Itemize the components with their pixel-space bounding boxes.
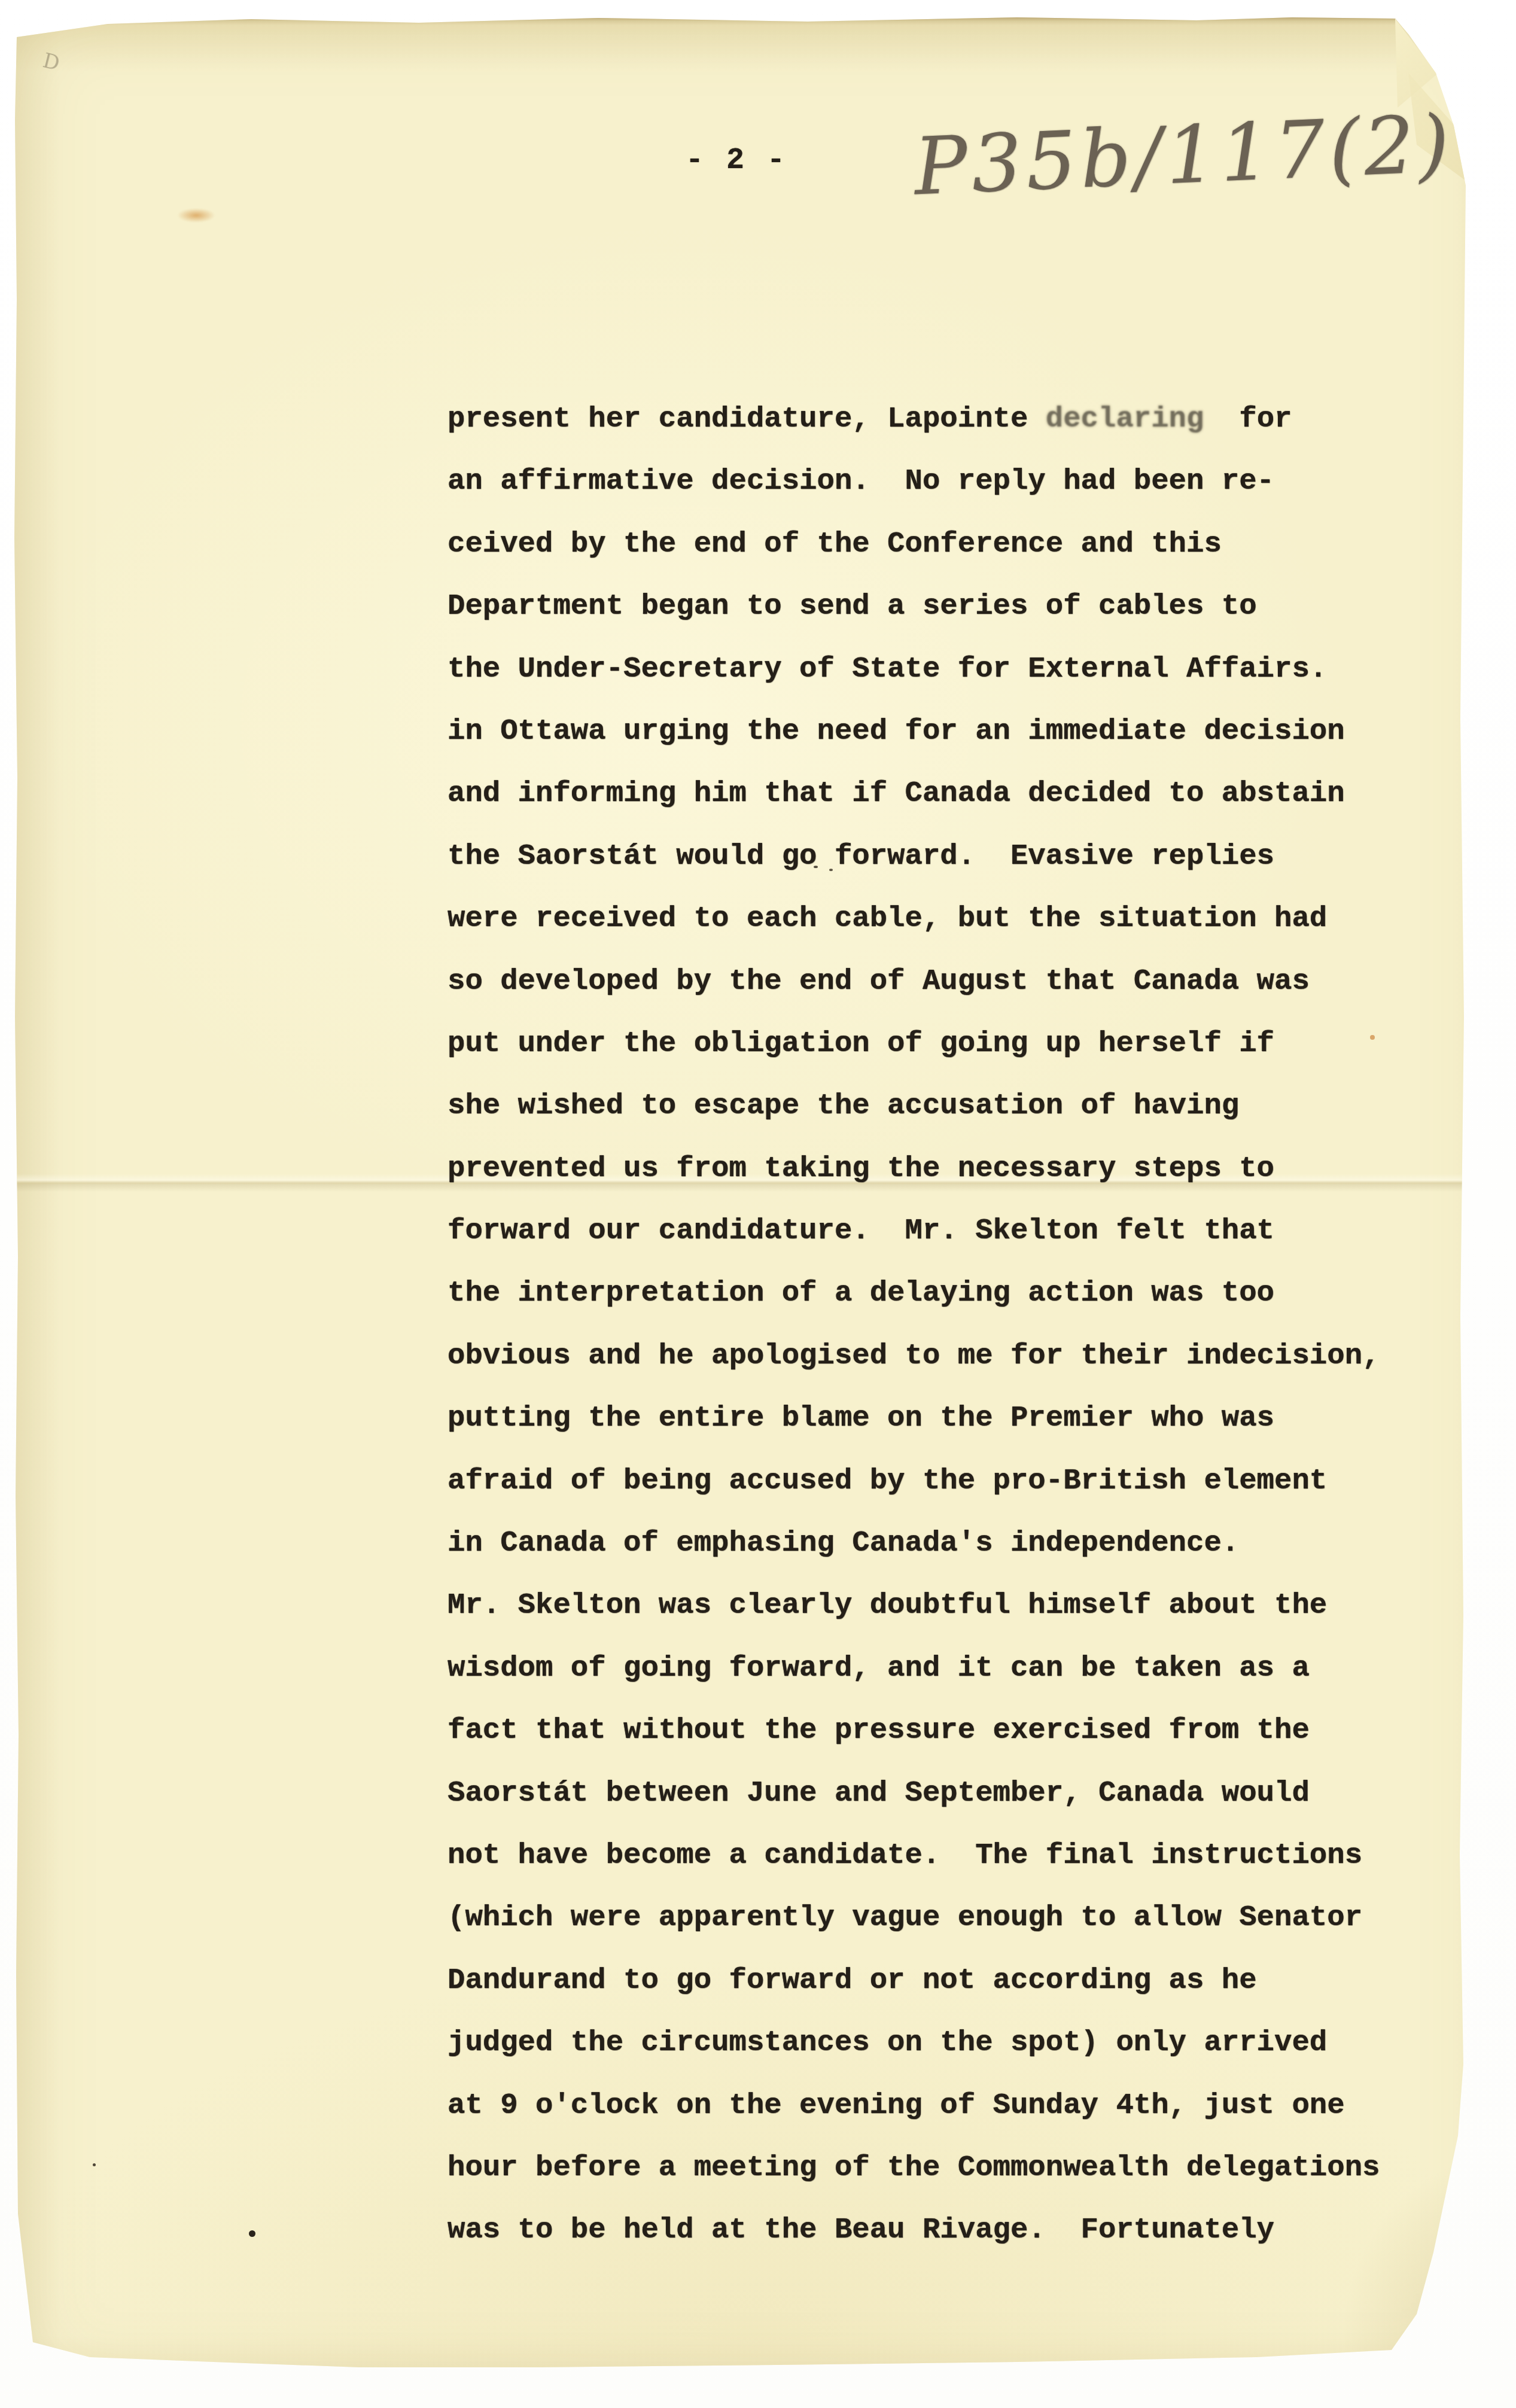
typed-line: Dandurand to go forward or not according… <box>448 1949 1429 2011</box>
typed-segment: for <box>1204 402 1292 436</box>
ink-speck <box>249 2230 255 2237</box>
typed-line: in Ottawa urging the need for an immedia… <box>448 700 1429 762</box>
typed-line: (which were apparently vague enough to a… <box>448 1886 1429 1949</box>
smudged-word: declaring <box>1046 402 1204 436</box>
typed-line: were received to each cable, but the sit… <box>448 887 1429 949</box>
typed-line: the Saorstát would go forward. Evasive r… <box>448 825 1429 887</box>
page-number: - 2 - <box>686 144 787 178</box>
typed-line: present her candidature, Lapointe declar… <box>448 388 1429 450</box>
typed-line: was to be held at the Beau Rivage. Fortu… <box>448 2199 1429 2261</box>
scanned-page: { "document": { "page_number": "- 2 -", … <box>0 0 1516 2408</box>
typed-line: prevented us from taking the necessary s… <box>448 1137 1429 1200</box>
rust-stain <box>177 208 215 223</box>
stray-type-dot <box>814 866 818 868</box>
rust-speck <box>1370 1035 1375 1040</box>
typed-line: afraid of being accused by the pro-Briti… <box>448 1450 1429 1512</box>
typed-line: putting the entire blame on the Premier … <box>448 1387 1429 1449</box>
typed-line: judged the circumstances on the spot) on… <box>448 2011 1429 2074</box>
typed-line: fact that without the pressure exercised… <box>448 1699 1429 1761</box>
paper-top-edge-rim <box>0 16 1516 25</box>
typed-line: wisdom of going forward, and it can be t… <box>448 1637 1429 1699</box>
typed-line: in Canada of emphasing Canada's independ… <box>448 1512 1429 1574</box>
ink-speck <box>93 2163 96 2166</box>
typed-line: ceived by the end of the Conference and … <box>448 513 1429 575</box>
typed-line: so developed by the end of August that C… <box>448 950 1429 1012</box>
paper-sheet: - 2 - P35b/117(2) present her candidatur… <box>0 0 1516 2408</box>
typed-line: Mr. Skelton was clearly doubtful himself… <box>448 1574 1429 1636</box>
typed-line: obvious and he apologised to me for thei… <box>448 1325 1429 1387</box>
typed-line: and informing him that if Canada decided… <box>448 762 1429 824</box>
typed-line: she wished to escape the accusation of h… <box>448 1074 1429 1137</box>
typed-line: put under the obligation of going up her… <box>448 1012 1429 1074</box>
typed-text: present her candidature, Lapointe declar… <box>448 388 1429 2261</box>
typed-line: Saorstát between June and September, Can… <box>448 1762 1429 1824</box>
typed-segment: present her candidature, Lapointe <box>448 402 1046 436</box>
typed-line: Department began to send a series of cab… <box>448 575 1429 637</box>
typed-line: an affirmative decision. No reply had be… <box>448 450 1429 512</box>
typed-line: the Under-Secretary of State for Externa… <box>448 638 1429 700</box>
typed-line: forward our candidature. Mr. Skelton fel… <box>448 1200 1429 1262</box>
typed-line: not have become a candidate. The final i… <box>448 1824 1429 1886</box>
stray-type-dot <box>829 869 833 871</box>
ink-speck <box>455 1719 458 1722</box>
typed-line: hour before a meeting of the Commonwealt… <box>448 2136 1429 2199</box>
typed-line: at 9 o'clock on the evening of Sunday 4t… <box>448 2074 1429 2136</box>
typed-line: the interpretation of a delaying action … <box>448 1262 1429 1324</box>
scanner-background: - 2 - P35b/117(2) present her candidatur… <box>0 0 1516 2408</box>
